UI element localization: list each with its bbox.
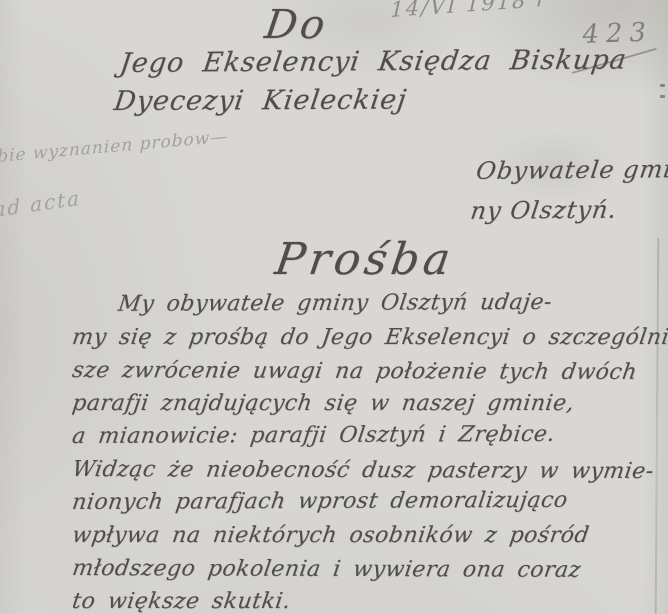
margin-note-2: ad acta [0, 186, 81, 222]
body-text: My obywatele gminy Olsztyń udaje- my się… [70, 288, 664, 614]
body-line: wpływa na niektórych osobników z pośród [70, 519, 668, 552]
pencil-date-annotation: 14/VI 1918 r [390, 0, 549, 22]
body-line: My obywatele gminy Olsztyń udaje- [70, 285, 668, 321]
addressee-line-2: Dyecezyi Kieleckiej [112, 84, 409, 117]
sender-line-2: ny Olsztyń. [468, 189, 668, 231]
body-line: parafji znajdujących się w naszej gminie… [70, 387, 668, 420]
sender-line-1: Obywatele gmi- [474, 149, 668, 191]
document-title: Prośba [272, 234, 457, 285]
sender-block: Obywatele gmi- ny Olsztyń. [468, 150, 668, 230]
page-edge-marks [660, 84, 666, 124]
margin-note-1: obie wyznanien probow— [0, 127, 228, 168]
body-line: sze zwrócenie uwagi na położenie tych dw… [70, 354, 668, 389]
body-line: nionych parafjach wprost demoralizująco [70, 483, 668, 519]
addressee-line-1: Jego Ekselencyi Księdza Biskupa [118, 44, 629, 79]
salutation: Do [262, 2, 331, 48]
document-scan-page: 14/VI 1918 r 423 Do Jego Ekselencyi Księ… [0, 0, 668, 614]
body-line: my się z prośbą do Jego Ekselencyi o szc… [70, 321, 668, 354]
body-line: to większe skutki. [70, 585, 668, 614]
body-line: a mianowicie: parafji Olsztyń i Zrębice. [70, 417, 668, 453]
body-line: młodszego pokolenia i wywiera ona coraz [70, 552, 668, 587]
